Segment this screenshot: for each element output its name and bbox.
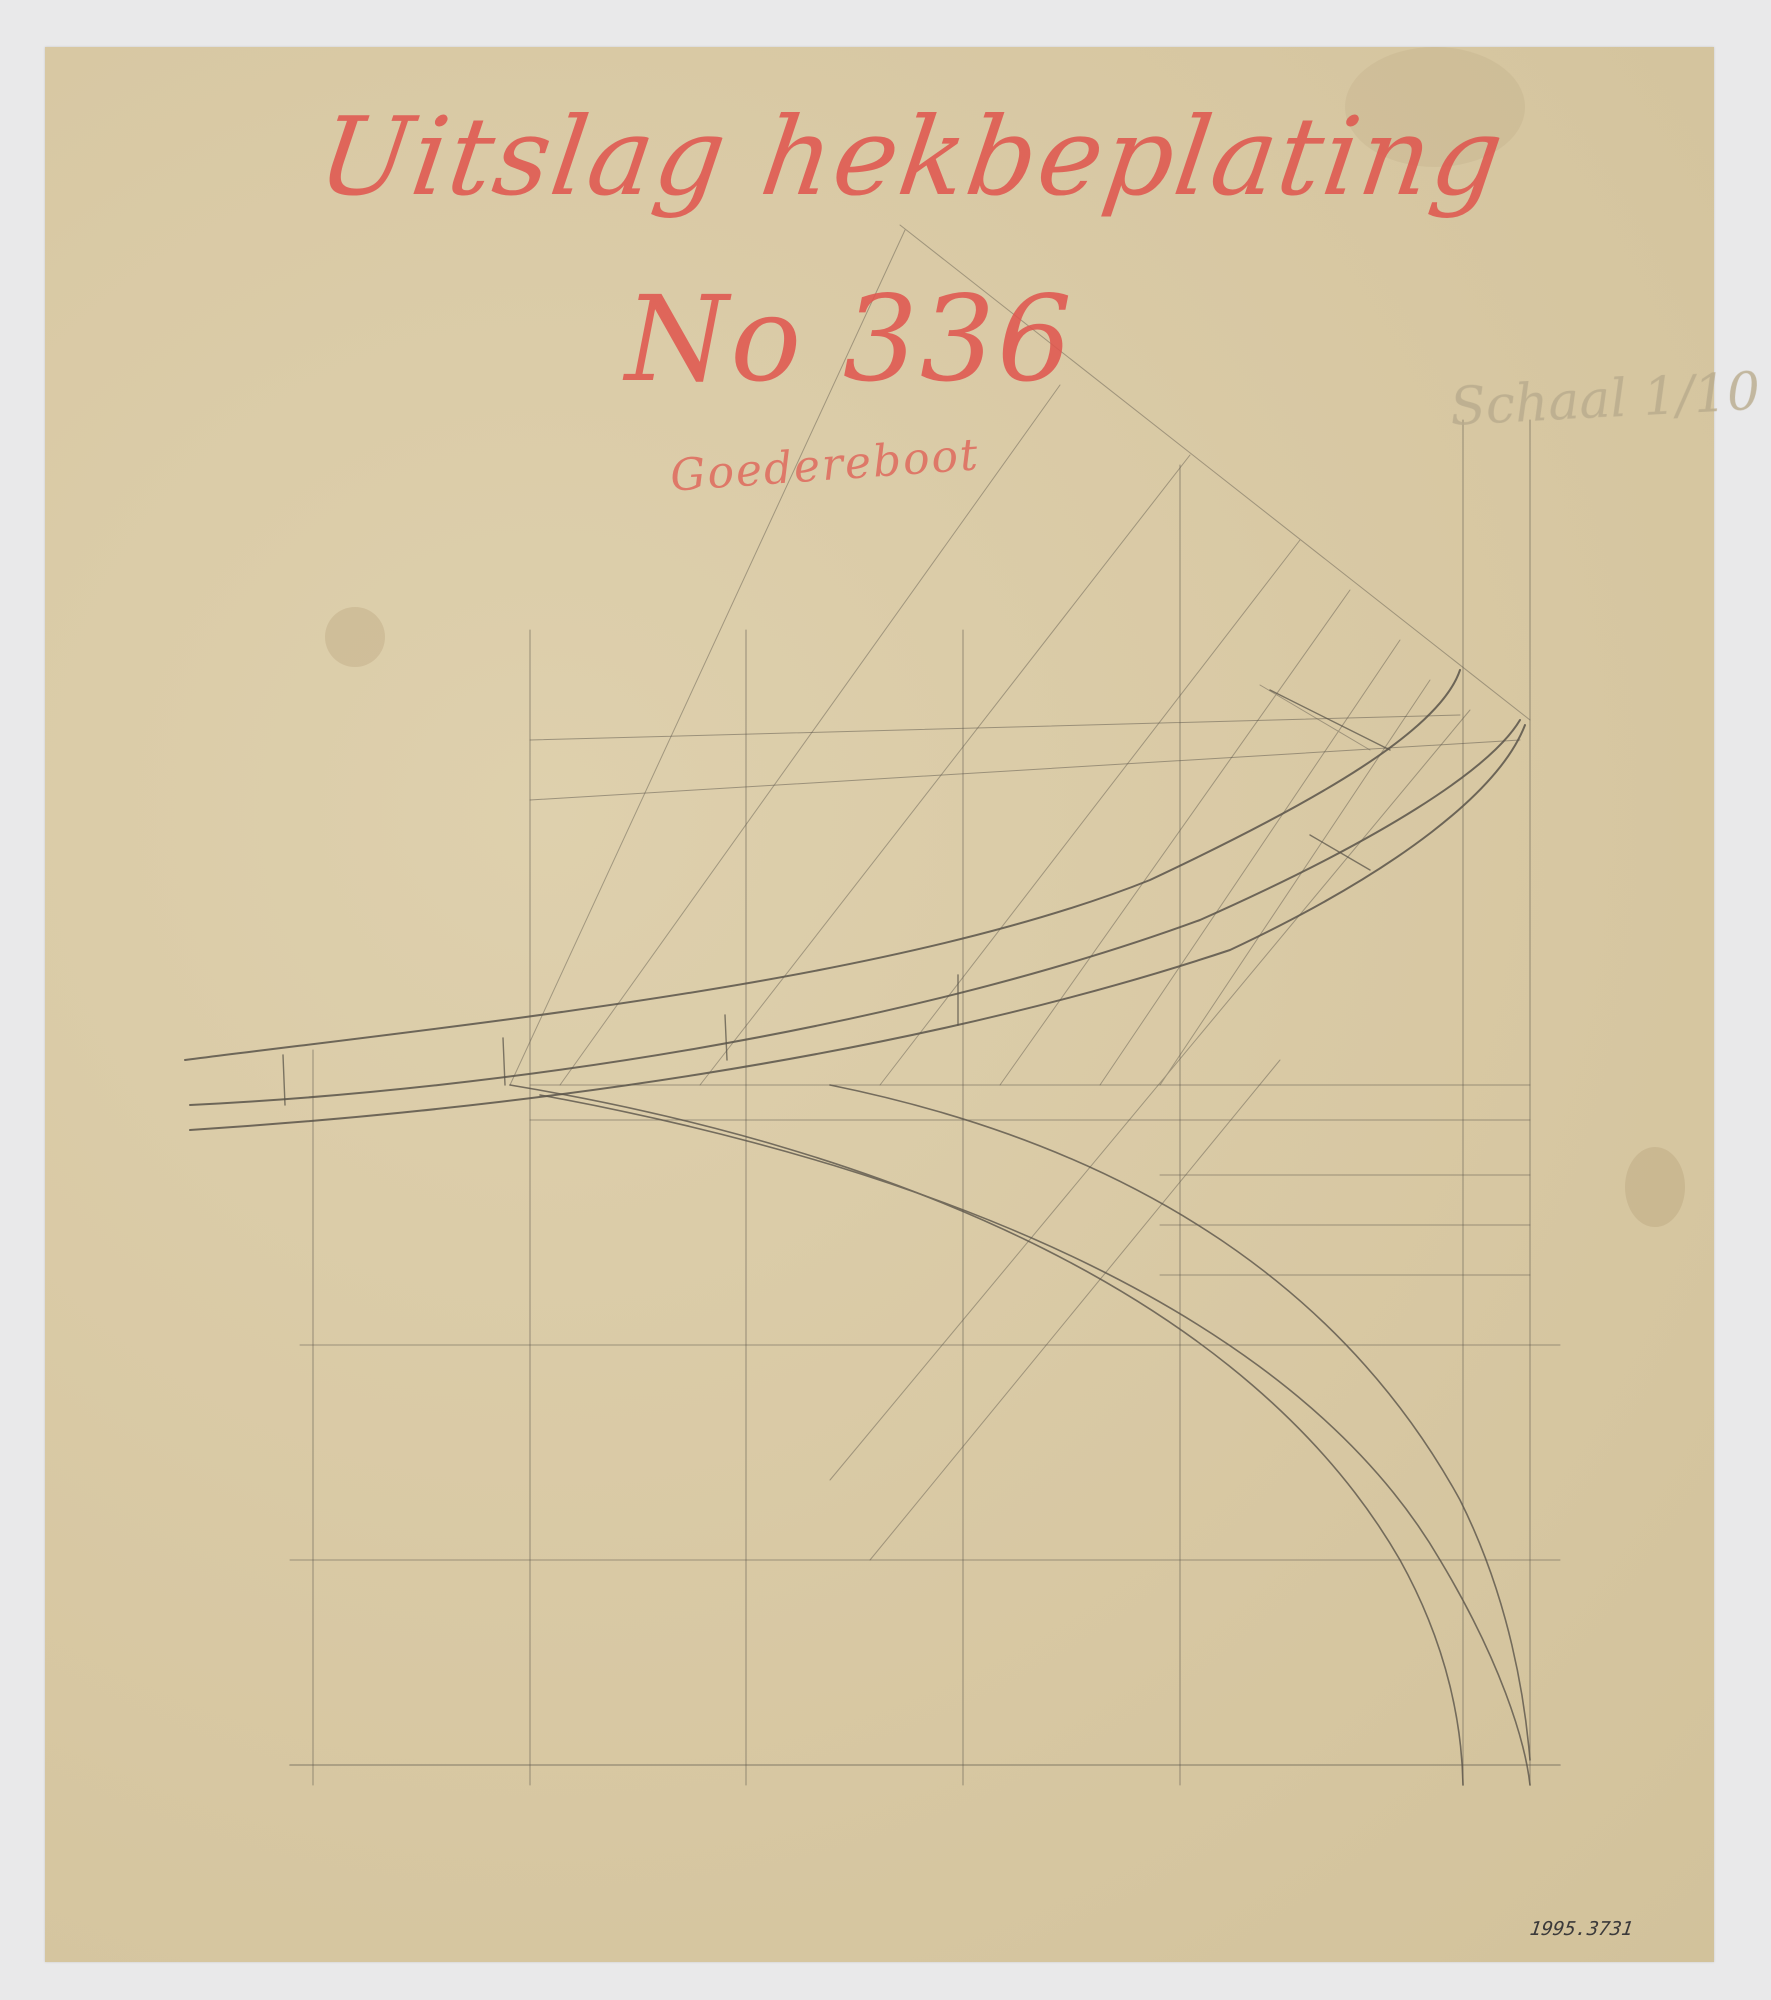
drawing-number: No 336: [625, 270, 1074, 408]
lower-sweep-curves: [510, 1085, 1530, 1785]
catalog-number: 1995.3731: [1528, 1918, 1634, 1940]
diagonal-construction-lines: [510, 225, 1530, 1560]
plate-outline-curves: [185, 670, 1525, 1130]
horizontal-grid-lines: [290, 715, 1560, 1765]
drawing-title: Uitslag hekbeplating: [311, 95, 1512, 220]
station-marks: [283, 690, 1390, 1105]
